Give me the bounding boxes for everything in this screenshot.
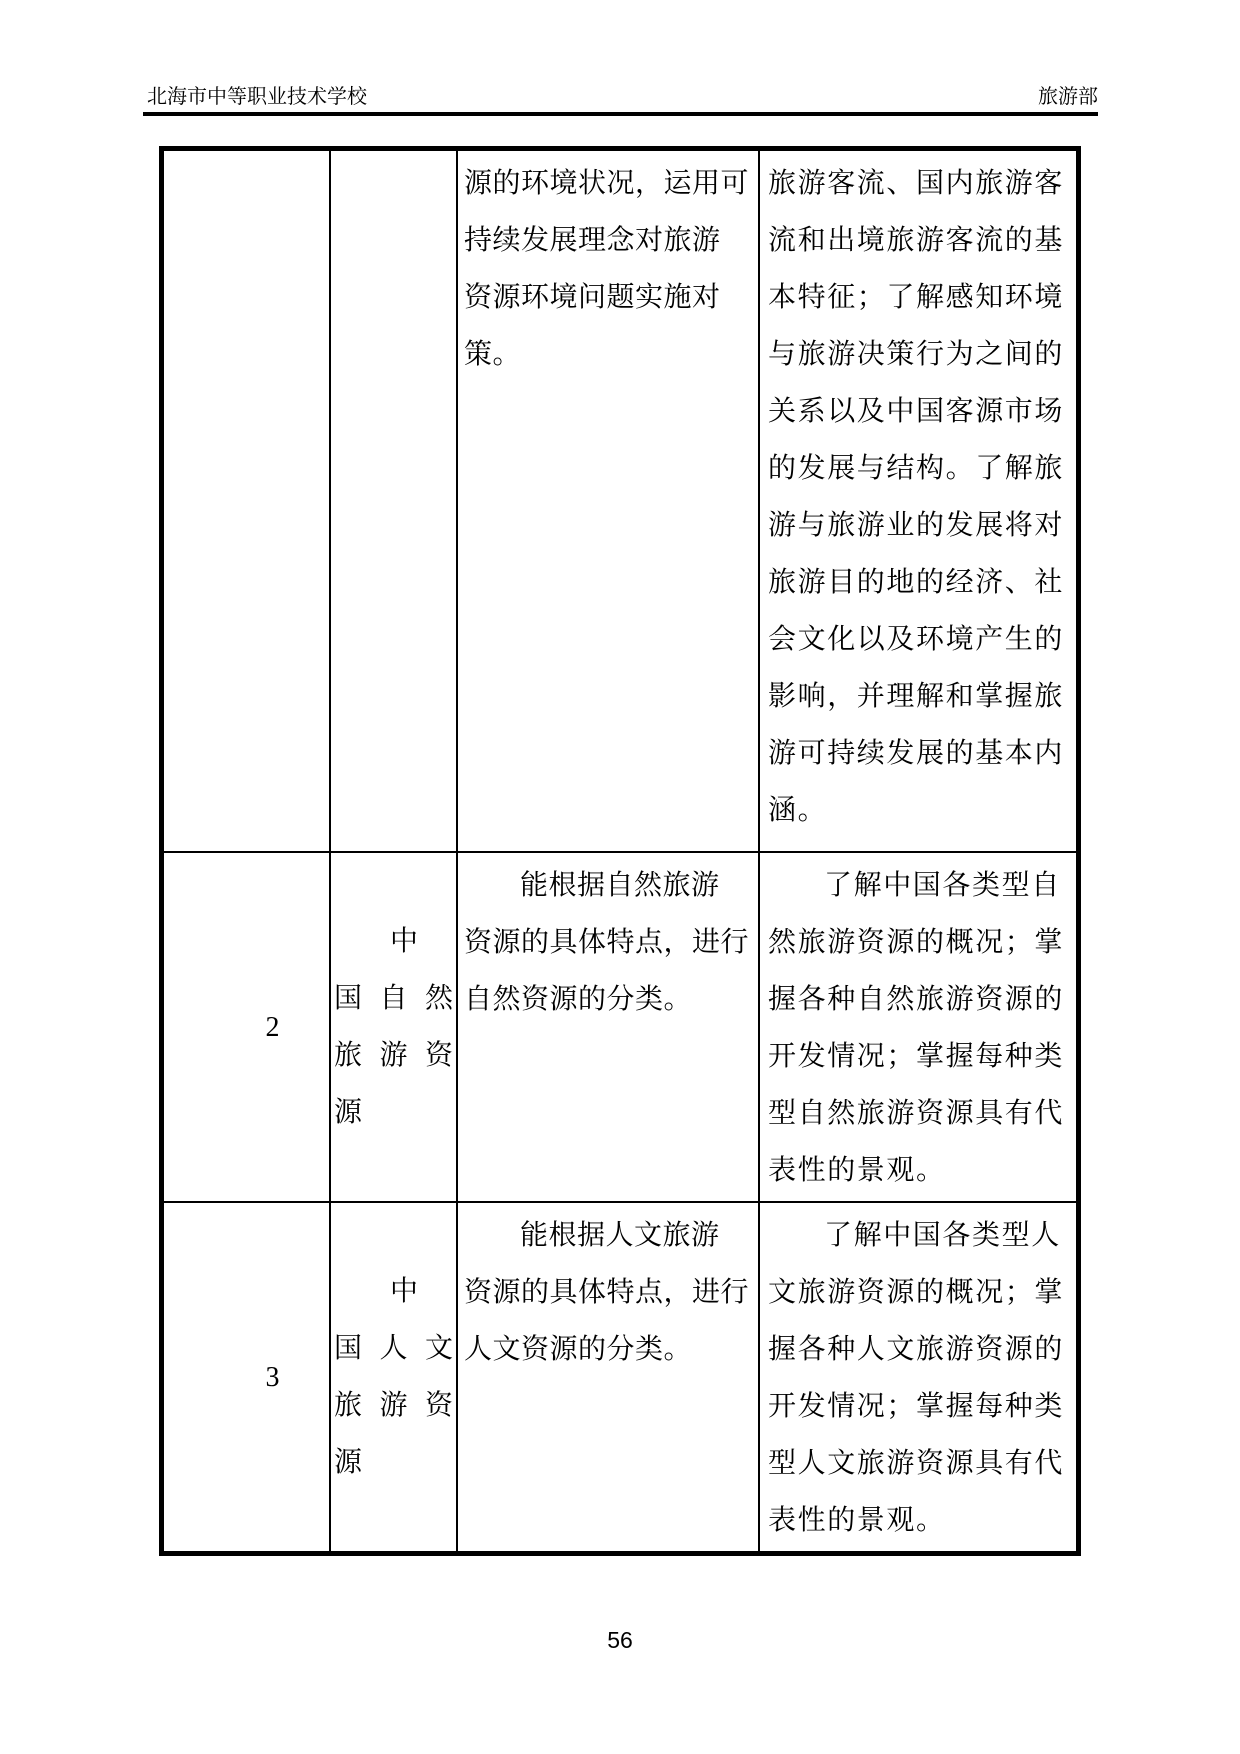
cell-skill-requirements: 能根据自然旅游 资源的具体特点，进行 自然资源的分类。 <box>458 853 758 1201</box>
cell-knowledge-requirements: 了解中国各类型人 文旅游资源的概况；掌 握各种人文旅游资源的 开发情况；掌握每种… <box>760 1203 1076 1551</box>
cell-skill-requirements: 源的环境状况，运用可 持续发展理念对旅游 资源环境问题实施对 策。 <box>458 151 758 851</box>
cell-project-name <box>331 151 456 851</box>
cell-knowledge-requirements: 了解中国各类型自 然旅游资源的概况；掌 握各种自然旅游资源的 开发情况；掌握每种… <box>760 853 1076 1201</box>
cell-knowledge-requirements: 旅游客流、国内旅游客 流和出境旅游客流的基 本特征；了解感知环境 与旅游决策行为… <box>760 151 1076 851</box>
document-page: 北海市中等职业技术学校 旅游部 源的环境状况，运用可 持续发展理念对旅游 资源环… <box>0 0 1240 1754</box>
serial-number-text: 2 <box>266 999 280 1056</box>
project-name-text: 中 国自然 旅游资 源 <box>331 913 456 1141</box>
knowledge-requirements-text: 了解中国各类型人 文旅游资源的概况；掌 握各种人文旅游资源的 开发情况；掌握每种… <box>768 1207 1068 1549</box>
skill-requirements-text: 源的环境状况，运用可 持续发展理念对旅游 资源环境问题实施对 策。 <box>464 155 752 383</box>
header-department-name: 旅游部 <box>1038 84 1098 110</box>
knowledge-requirements-text: 了解中国各类型自 然旅游资源的概况；掌 握各种自然旅游资源的 开发情况；掌握每种… <box>768 857 1068 1199</box>
cell-serial-number: 3 <box>164 1203 329 1551</box>
project-name-text: 中 国人文 旅游资 源 <box>331 1263 456 1491</box>
header-school-name: 北海市中等职业技术学校 <box>143 84 367 110</box>
skill-requirements-text: 能根据人文旅游 资源的具体特点，进行 人文资源的分类。 <box>464 1207 752 1378</box>
cell-skill-requirements: 能根据人文旅游 资源的具体特点，进行 人文资源的分类。 <box>458 1203 758 1551</box>
cell-serial-number: 2 <box>164 853 329 1201</box>
curriculum-table: 源的环境状况，运用可 持续发展理念对旅游 资源环境问题实施对 策。 旅游客流、国… <box>159 146 1081 1556</box>
serial-number-text: 3 <box>266 1349 280 1406</box>
cell-project-name: 中 国人文 旅游资 源 <box>331 1203 456 1551</box>
knowledge-requirements-text: 旅游客流、国内旅游客 流和出境旅游客流的基 本特征；了解感知环境 与旅游决策行为… <box>768 155 1068 839</box>
skill-requirements-text: 能根据自然旅游 资源的具体特点，进行 自然资源的分类。 <box>464 857 752 1028</box>
page-header: 北海市中等职业技术学校 旅游部 <box>143 84 1098 116</box>
cell-project-name: 中 国自然 旅游资 源 <box>331 853 456 1201</box>
cell-serial-number <box>164 151 329 851</box>
page-number: 56 <box>0 1626 1240 1654</box>
